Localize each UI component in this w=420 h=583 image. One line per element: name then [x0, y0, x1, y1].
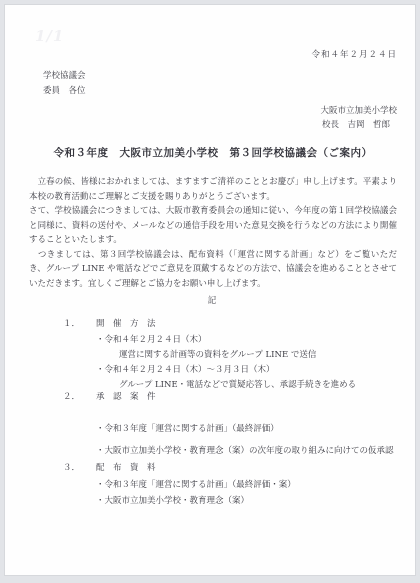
sender-principal: 校長 吉岡 哲郎 — [29, 118, 397, 132]
recipient-line-1: 学校協議会 — [43, 69, 397, 84]
body-paragraph-1: 立春の候、皆様におかれましては、ますますご清祥のこととお慶び」申し上げます。平素… — [29, 175, 397, 204]
body-paragraph-3: つきましては、第３回学校協議会は、配布資料（「運営に関する計画」など）をご覧いた… — [29, 248, 397, 292]
section-3-heading: ３． 配 布 資 料 — [29, 462, 397, 474]
document-page: 1/1 令和４年２月２４日 学校協議会 委員 各位 大阪市立加美小学校 校長 吉… — [4, 4, 416, 576]
section-3-title: 配 布 資 料 — [96, 462, 156, 474]
letter-body: 立春の候、皆様におかれましては、ますますご清祥のこととお慶び」申し上げます。平素… — [29, 175, 397, 291]
section-1-title: 開 催 方 法 — [96, 318, 156, 330]
section-3-number: ３． — [29, 462, 96, 474]
section-1-heading: １． 開 催 方 法 — [29, 318, 397, 330]
recipient-block: 学校協議会 委員 各位 — [29, 69, 397, 99]
section-1-item: グループ LINE・電話などで質疑応答し、承認手続きを進める — [29, 379, 397, 391]
body-paragraph-2: さて、学校協議会につきましては、大阪市教育委員会の通知に従い、今年度の第１回学校… — [29, 204, 397, 248]
section-1-number: １． — [29, 318, 96, 330]
record-marker: 記 — [29, 294, 397, 308]
letter-title: 令和３年度 大阪市立加美小学校 第３回学校協議会（ご案内） — [29, 146, 397, 161]
section-1-item: ・令和４年２月２４日（木）～３月３日（木） — [29, 364, 397, 376]
section-3-item: ・大阪市立加美小学校・教育理念（案） — [29, 495, 397, 507]
letter-date: 令和４年２月２４日 — [29, 49, 397, 61]
section-1-item: ・令和４年２月２４日（木） — [29, 334, 397, 346]
section-2-item: ・令和３年度「運営に関する計画」（最終評価） — [29, 423, 397, 435]
letter-content: 令和４年２月２４日 学校協議会 委員 各位 大阪市立加美小学校 校長 吉岡 哲郎… — [5, 5, 415, 507]
recipient-line-2: 委員 各位 — [43, 84, 397, 99]
section-2-number: ２． — [29, 391, 96, 403]
section-2-title: 承 認 案 件 — [96, 391, 156, 403]
sender-block: 大阪市立加美小学校 校長 吉岡 哲郎 — [29, 104, 397, 132]
section-2-heading: ２． 承 認 案 件 — [29, 391, 397, 403]
sender-school: 大阪市立加美小学校 — [29, 104, 397, 118]
section-3-item: ・令和３年度「運営に関する計画」（最終評価・案） — [29, 479, 397, 491]
section-1-item: 運営に関する計画等の資料をグループ LINE で送信 — [29, 349, 397, 361]
section-2-item: ・大阪市立加美小学校・教育理念（案）の次年度の取り組みに向けての仮承認 — [29, 445, 397, 457]
